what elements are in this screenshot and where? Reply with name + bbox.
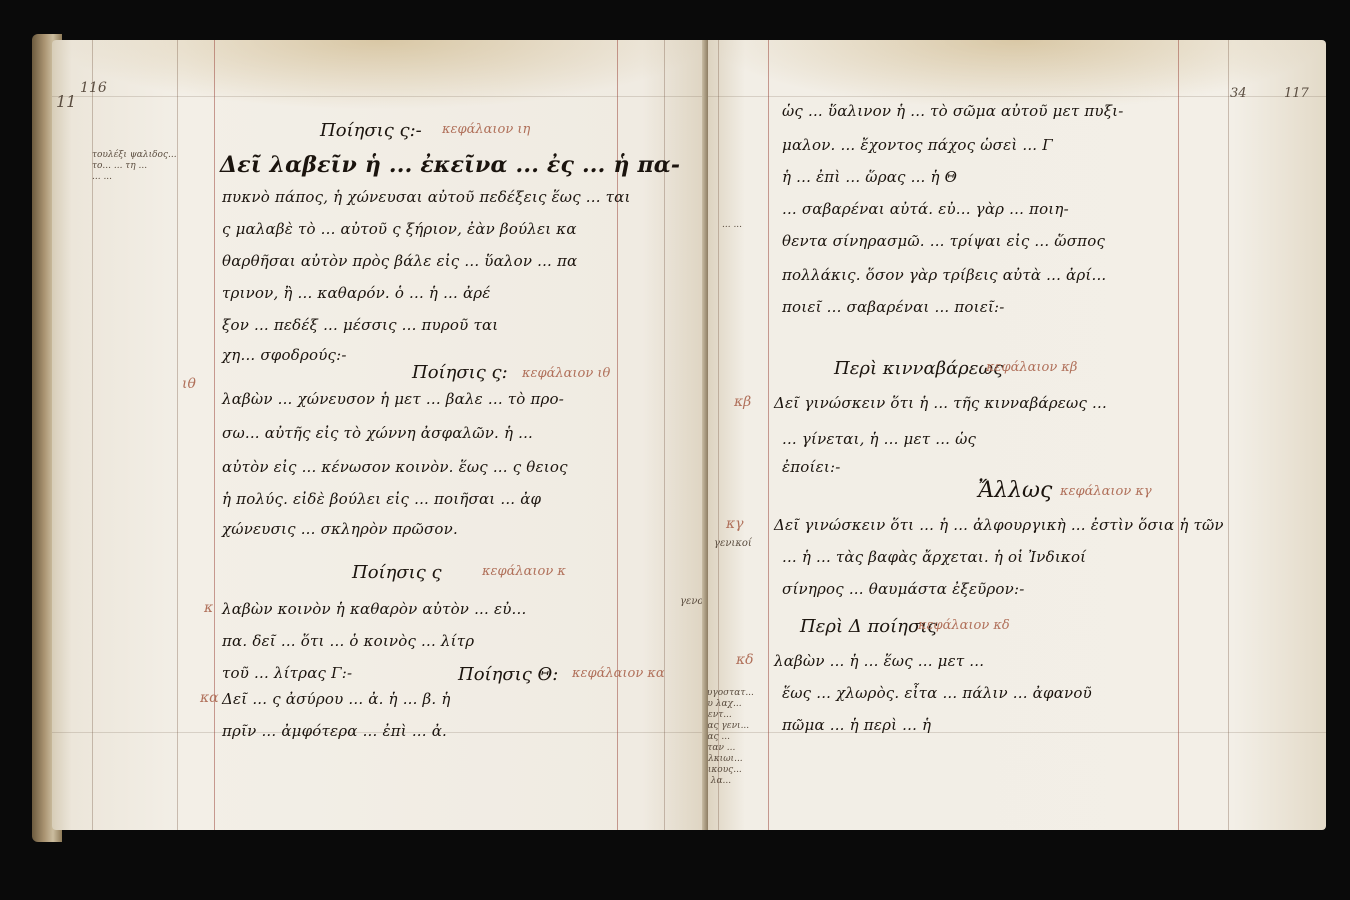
text-line: Δεῖ ... ς ἀσύρου ... ἀ. ἡ ... β. ἡ [222,690,451,708]
open-manuscript: 11 116 τουλέξι ψαλιδος... το... ... τη .… [30,28,1330,848]
text-line: ἡ πολύς. εἰδὲ βούλει εἰς ... ποιῆσαι ...… [222,490,541,508]
text-line: λαβὼν ... ἡ ... ἕως ... μετ ... [774,652,984,670]
margin-chapter-number: κγ [726,516,744,532]
chapter-rubric: κεφάλαιον ιθ [522,366,610,381]
text-line: ἐποίει:- [782,458,840,476]
text-line: πῶμα ... ἡ περὶ ... ἡ [782,716,931,734]
text-line: λαβὼν ... χώνευσον ἡ μετ ... βαλε ... τὸ… [222,390,564,408]
text-line: θεντα σίνηρασμῶ. ... τρίψαι εἰς ... ὥσπο… [782,232,1105,250]
chapter-rubric: κεφάλαιον κγ [1060,484,1152,499]
folio-number: 117 [1284,86,1309,101]
right-page: 34 117 ... ... γενικοί ζυγοστατ... ου λα… [708,40,1326,830]
text-line: ποιεῖ ... σαβαρέναι ... ποιεῖ:- [782,298,1005,316]
margin-chapter-number: κ [204,600,213,616]
section-heading: Ποίησις ς:- [320,120,422,141]
margin-chapter-number: κβ [734,394,751,410]
water-stain [52,40,708,110]
text-line: Δεῖ γινώσκειν ὅτι ἡ ... τῆς κινναβάρεως … [774,394,1107,412]
text-line: ἕως ... χλωρὸς. εἶτα ... πάλιν ... ἀφανο… [782,684,1092,702]
margin-chapter-number: κδ [736,652,754,668]
ruling-line [177,40,178,830]
folio-number-inner: 34 [1230,86,1247,101]
text-line: σω... αὐτῆς εἰς τὸ χώννη ἀσφαλῶν. ἡ ... [222,424,533,442]
chapter-rubric: κεφάλαιον κδ [918,618,1010,633]
folio-number: 116 [80,80,107,96]
ruling-line [52,96,708,97]
text-line: μαλον. ... ἔχοντος πάχος ὡσεὶ ... Γ [782,136,1053,154]
section-heading: Περὶ κινναβάρεως [834,358,1003,379]
chapter-rubric: κεφάλαιον κβ [986,360,1077,375]
section-heading: Ποίησις Θ: [458,664,558,685]
text-line: ἡ ... ἐπὶ ... ὥρας ... ἡ Θ [782,168,957,186]
text-line: Δεῖ γινώσκειν ὅτι ... ἡ ... ἀλφουργικὴ .… [774,516,1224,534]
margin-chapter-number: κα [200,690,219,706]
section-heading: Ποίησις ς [352,562,442,583]
margin-note: τουλέξι ψαλιδος... το... ... τη ... ... … [92,150,177,183]
text-line: Δεῖ λαβεῖν ἡ ... ἐκεῖνα ... ἐς ... ἡ πα- [220,152,680,178]
chapter-rubric: κεφάλαιον κα [572,666,665,681]
text-line: αὐτὸν εἰς ... κένωσον κοινὸν. ἕως ... ς … [222,458,568,476]
text-line: λαβὼν κοινὸν ἡ καθαρὸν αὐτὸν ... εὐ... [222,600,526,618]
text-line: ξον ... πεδέξ ... μέσσις ... πυροῦ ται [222,316,498,334]
text-line: ὡς ... ὕαλινον ἡ ... τὸ σῶμα αὐτοῦ μετ π… [782,102,1124,120]
text-line: πυκνὸ πάπος, ἡ χώνευσαι αὐτοῦ πεδέξεις ἕ… [222,188,631,206]
chapter-rubric: κεφάλαιον ιη [442,122,530,137]
text-line: πολλάκις. ὅσον γὰρ τρίβεις αὐτὰ ... ἀρί.… [782,266,1106,284]
section-heading: Περὶ Δ ποίησις [800,616,937,637]
text-line: χώνευσις ... σκληρὸν πρῶσον. [222,520,458,538]
text-line: ς μαλαβὲ τὸ ... αὐτοῦ ς ξήριον, ἐὰν βούλ… [222,220,577,238]
margin-chapter-number: ιθ [182,376,196,392]
margin-note: ζυγοστατ... ου λαχ... πεντ... γας γενι..… [708,688,757,787]
text-line: πα. δεῖ ... ὅτι ... ὁ κοινὸς ... λίτρ [222,632,474,650]
chapter-rubric: κεφάλαιον κ [482,564,566,579]
text-line: τοῦ ... λίτρας Γ:- [222,664,352,682]
text-line: σίνηρος ... θαυμάστα ἐξεῦρον:- [782,580,1024,598]
ruling-line [768,40,769,830]
text-line: χη... σφοδρούς:- [222,346,347,364]
left-page: 11 116 τουλέξι ψαλιδος... το... ... τη .… [52,40,708,830]
margin-note: γενικοί [714,538,752,549]
ruling-line [1228,40,1229,830]
text-line: τρινον, ἢ ... καθαρόν. ὁ ... ἡ ... ἀρέ [222,284,491,302]
folio-number-outer: 11 [56,92,76,111]
text-line: ... ἡ ... τὰς βαφὰς ἄρχεται. ἡ οἱ Ἰνδικο… [782,548,1086,566]
text-line: ... σαβαρέναι αὐτά. εὐ... γὰρ ... ποιη- [782,200,1069,218]
section-heading: Ἄλλως [978,478,1052,503]
text-line: ... γίνεται, ἡ ... μετ ... ὡς [782,430,976,448]
margin-note: ... ... [722,220,742,231]
ruling-line [1178,40,1179,830]
ruling-line [214,40,215,830]
section-heading: Ποίησις ς: [412,362,508,383]
text-line: πρῖν ... ἀμφότερα ... ἐπὶ ... ἀ. [222,722,447,740]
text-line: θαρθῆσαι αὐτὸν πρὸς βάλε εἰς ... ὕαλον .… [222,252,577,270]
